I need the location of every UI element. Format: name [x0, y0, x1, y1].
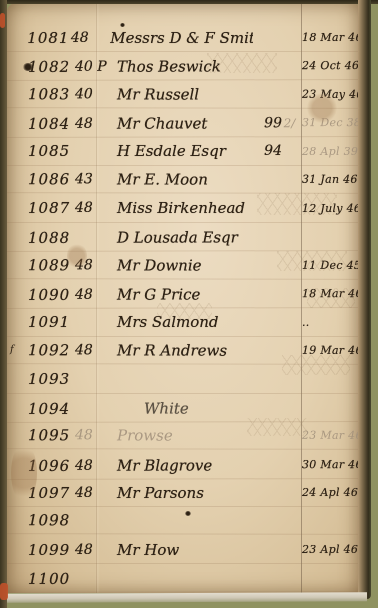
- record-number: 1090: [20, 285, 75, 303]
- ledger-row: 108148Messrs D & F Smith18 Mar 46: [7, 24, 358, 52]
- quantity-value: 48: [75, 256, 112, 272]
- record-number: 1087: [20, 199, 75, 217]
- record-number: 1098: [20, 511, 75, 529]
- customer-name: Mr Blagrove: [112, 456, 250, 474]
- quantity-value: 48: [75, 342, 112, 358]
- record-number: 1082: [20, 58, 75, 76]
- record-number: 1086: [20, 170, 75, 188]
- quantity-value: 43: [75, 171, 112, 187]
- quantity-value: 48: [75, 286, 112, 302]
- ledger-row: 108240 PThos Beswick24 Oct 46: [7, 52, 358, 81]
- record-number: 1093: [20, 370, 75, 388]
- record-number: 1096: [20, 456, 75, 474]
- ledger-row: f109248Mr R Andrews19 Mar 46: [7, 336, 358, 365]
- record-number: 1081: [19, 29, 71, 47]
- entry-date: 24 Oct 46: [297, 60, 358, 73]
- pencil-mark: 2/: [282, 116, 297, 130]
- entry-date: 18 Mar 46: [297, 287, 358, 300]
- ledger-row: 108340Mr Russell23 May 46: [7, 80, 358, 109]
- reference-number: 94: [250, 143, 282, 159]
- entry-date: 24 Apl 46: [297, 486, 358, 499]
- customer-name: Mrs Salmond: [112, 313, 250, 331]
- ledger-row: 1088D Lousada Esqr: [7, 223, 358, 252]
- page-stack-bottom-edge: [7, 592, 367, 603]
- entry-date: 31 Jan 46: [297, 173, 358, 186]
- customer-name: Messrs D & F Smith: [105, 29, 253, 47]
- ledger-row: 108448Mr Chauvet992/31 Dec 38: [7, 109, 358, 138]
- entry-date: 28 Apl 39: [297, 145, 358, 158]
- entry-date: 23 May 46: [297, 88, 358, 101]
- record-number: 1097: [20, 484, 75, 502]
- ledger-row: 109748Mr Parsons24 Apl 46: [7, 479, 358, 507]
- customer-name: Mr E. Moon: [112, 170, 250, 188]
- entry-date: 23 Apl 46: [297, 543, 358, 556]
- entry-date: 12 July 46: [297, 202, 358, 215]
- book-top-edge: [0, 0, 378, 4]
- entry-date: 19 Mar 46: [297, 344, 358, 357]
- quantity-value: 48: [75, 457, 112, 473]
- ledger-row: 1100: [7, 564, 358, 593]
- quantity-value: 48: [75, 485, 112, 501]
- customer-name: Mr Chauvet: [112, 114, 250, 132]
- entry-date: 11 Dec 45: [297, 258, 358, 271]
- record-number: 1094: [20, 399, 75, 417]
- customer-name: Mr Downie: [112, 256, 250, 274]
- customer-name: White: [112, 399, 250, 417]
- ledger-row: 108748Miss Birkenhead12 July 46: [7, 195, 358, 223]
- quantity-value: 40 P: [75, 59, 112, 75]
- row-prefix-mark: f: [7, 344, 20, 355]
- reference-number: 99: [250, 115, 282, 131]
- ledger-row: 109648Mr Blagrove30 Mar 46: [7, 451, 358, 480]
- record-number: 1085: [20, 142, 75, 160]
- entry-date: 18 Mar 46: [297, 31, 358, 44]
- record-number: 1088: [20, 229, 75, 247]
- entry-date: 31 Dec 38: [297, 117, 358, 130]
- record-number: 1091: [20, 313, 75, 331]
- record-number: 1084: [20, 115, 75, 133]
- red-edge-mark-top: [0, 13, 5, 28]
- record-number: 1095: [20, 426, 75, 444]
- record-number: 1092: [20, 341, 75, 359]
- customer-name: H Esdale Esqr: [112, 142, 250, 160]
- entry-date: 23 Mar 46: [297, 429, 358, 442]
- quantity-value: 48: [75, 427, 112, 443]
- quantity-value: 48: [75, 116, 112, 132]
- customer-name: Mr Russell: [112, 85, 250, 103]
- customer-name: Mr Parsons: [112, 484, 250, 502]
- customer-name: Thos Beswick: [112, 57, 250, 75]
- customer-name: Mr How: [112, 541, 250, 559]
- scanned-ledger-photo: 108148Messrs D & F Smith18 Mar 46108240 …: [0, 0, 378, 608]
- quantity-value: 40: [75, 86, 112, 102]
- ledger-row: 108948Mr Downie11 Dec 45: [7, 251, 358, 280]
- ledger-row: 1091Mrs Salmond..: [7, 308, 358, 336]
- ledger-row: 109548Prowse23 Mar 46: [7, 421, 358, 450]
- customer-name: D Lousada Esqr: [112, 228, 250, 246]
- red-edge-mark-bottom: [0, 583, 8, 600]
- customer-name: Prowse: [112, 426, 250, 444]
- record-number: 1083: [20, 85, 75, 103]
- customer-name: Miss Birkenhead: [112, 199, 250, 217]
- quantity-value: 48: [75, 200, 112, 216]
- record-number: 1099: [20, 541, 75, 559]
- ledger-row: 1098: [7, 507, 358, 536]
- quantity-value: 48: [71, 30, 105, 46]
- entry-date: 30 Mar 46: [297, 458, 358, 471]
- ledger-row: 1093: [7, 365, 358, 393]
- customer-name: Mr G Price: [112, 285, 250, 303]
- ledger-row: 1085H Esdale Esqr9428 Apl 39: [7, 138, 358, 166]
- ledger-row: 109948Mr How23 Apl 46: [7, 536, 358, 564]
- ledger-row: 109048Mr G Price18 Mar 46: [7, 280, 358, 309]
- ledger-row: 1094White: [7, 394, 358, 423]
- customer-name: Mr R Andrews: [112, 341, 250, 359]
- record-number: 1100: [20, 570, 75, 588]
- entry-date: ..: [297, 316, 358, 329]
- ledger-page: 108148Messrs D & F Smith18 Mar 46108240 …: [7, 3, 358, 593]
- page-stack-edge: [358, 0, 371, 599]
- quantity-value: 48: [75, 542, 112, 558]
- ledger-row: 108643Mr E. Moon31 Jan 46: [7, 165, 358, 194]
- book-binding-edge: [0, 0, 7, 608]
- record-number: 1089: [20, 255, 75, 273]
- ledger-rows: 108148Messrs D & F Smith18 Mar 46108240 …: [7, 3, 358, 593]
